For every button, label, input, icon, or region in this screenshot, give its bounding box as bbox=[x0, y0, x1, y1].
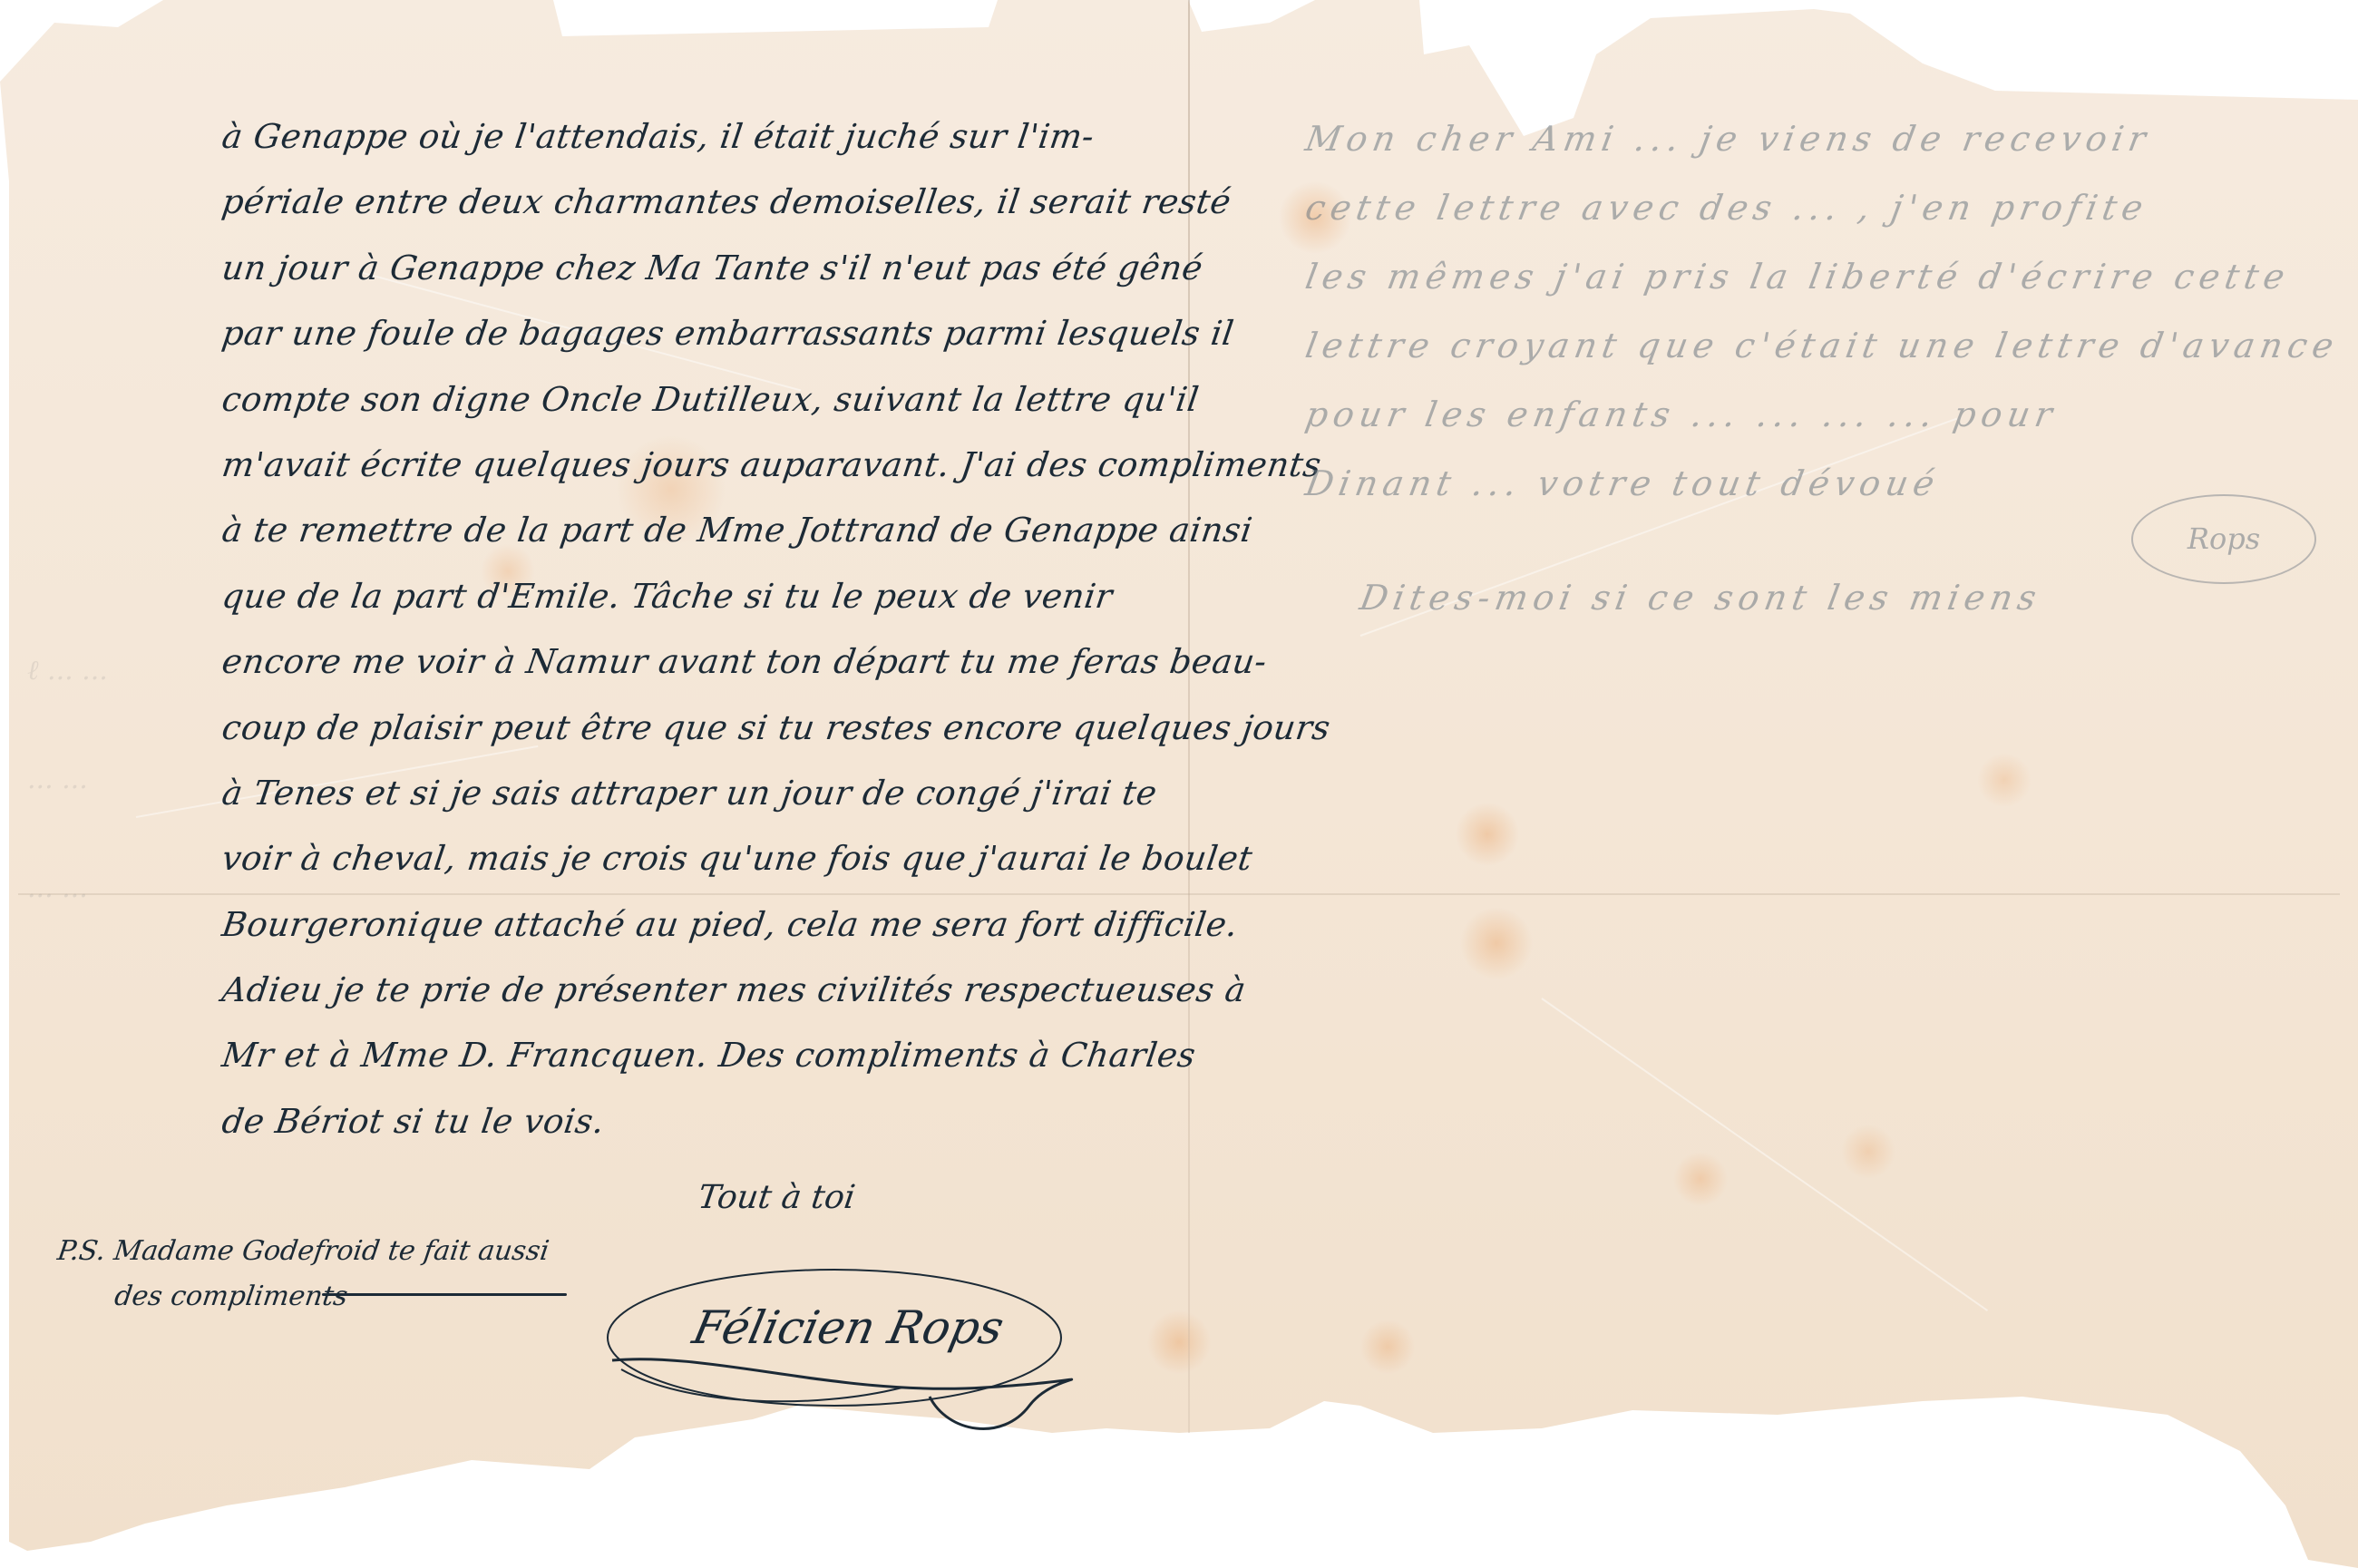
letter-line: à te remettre de la part de Mme Jottrand… bbox=[218, 498, 1206, 563]
letter-line: que de la part d'Emile. Tâche si tu le p… bbox=[218, 564, 1206, 629]
closing-salutation: Tout à toi bbox=[696, 1179, 857, 1216]
postscript: P.S. Madame Godefroid te fait aussi des … bbox=[48, 1229, 552, 1320]
bleed-through-text: ℓ ... ...... ...... ... bbox=[27, 617, 236, 943]
letter-line: périale entre deux charmantes demoiselle… bbox=[218, 170, 1206, 235]
faded-line: lettre croyant que c'était une lettre d'… bbox=[1300, 311, 2336, 380]
signature-block: Félicien Rops bbox=[603, 1251, 1075, 1433]
letter-line: à Tenes et si je sais attraper un jour d… bbox=[218, 761, 1206, 826]
faded-signature-stamp: Rops bbox=[2131, 494, 2316, 584]
letter-line: de Bériot si tu le vois. bbox=[218, 1089, 1206, 1154]
faded-line: les mêmes j'ai pris la liberté d'écrire … bbox=[1300, 242, 2336, 311]
postscript-line-1: P.S. Madame Godefroid te fait aussi bbox=[54, 1229, 552, 1274]
faded-line: cette lettre avec des ... , j'en profite bbox=[1300, 173, 2336, 242]
letter-line: un jour à Genappe chez Ma Tante s'il n'e… bbox=[218, 236, 1206, 301]
letter-line: Adieu je te prie de présenter mes civili… bbox=[218, 958, 1206, 1023]
letter-line: voir à cheval, mais je crois qu'une fois… bbox=[218, 826, 1206, 891]
faded-line: Mon cher Ami ... je viens de recevoir bbox=[1300, 104, 2336, 173]
left-page-body: à Genappe où je l'attendais, il était ju… bbox=[222, 104, 1202, 1154]
letter-line: encore me voir à Namur avant ton départ … bbox=[218, 629, 1206, 695]
letter-line: compte son digne Oncle Dutilleux, suivan… bbox=[218, 367, 1206, 433]
postscript-underline bbox=[322, 1293, 567, 1296]
letter-line: à Genappe où je l'attendais, il était ju… bbox=[218, 104, 1206, 170]
letter-line: Mr et à Mme D. Francquen. Des compliment… bbox=[218, 1023, 1206, 1088]
signature: Félicien Rops bbox=[688, 1301, 1008, 1354]
letter-line: m'avait écrite quelques jours auparavant… bbox=[218, 433, 1206, 498]
postscript-line-2: des compliments bbox=[48, 1274, 546, 1320]
letter-line: coup de plaisir peut être que si tu rest… bbox=[218, 696, 1206, 761]
letter-line: par une foule de bagages embarrassants p… bbox=[218, 301, 1206, 366]
letter-line: Bourgeronique attaché au pied, cela me s… bbox=[218, 892, 1206, 958]
faded-line: pour les enfants ... ... ... ... pour bbox=[1300, 380, 2336, 449]
